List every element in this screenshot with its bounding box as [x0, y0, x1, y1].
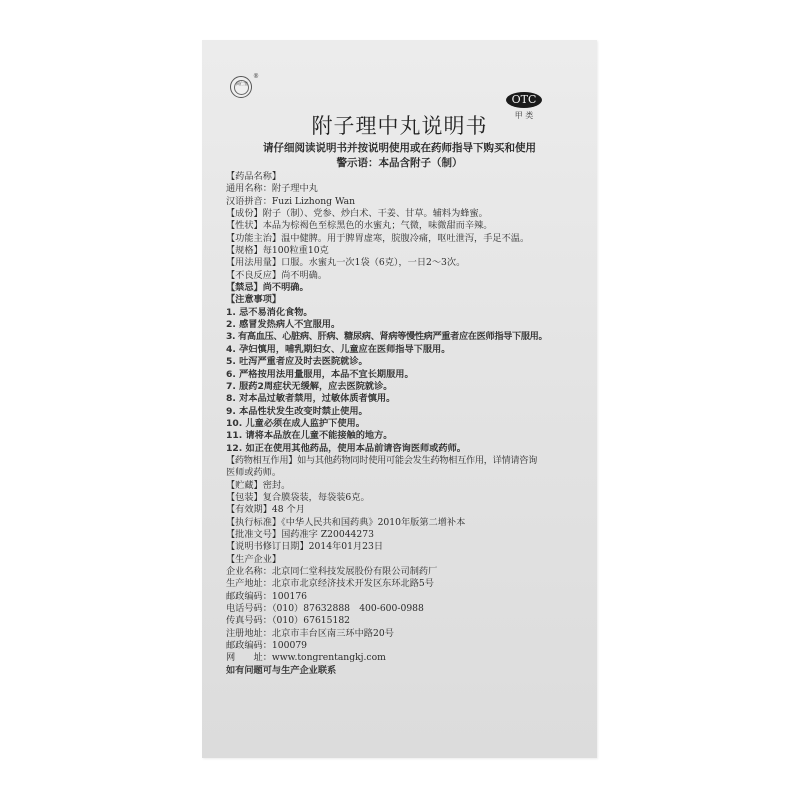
section-revision-date: 【说明书修订日期】2014年01月23日	[226, 541, 586, 553]
generic-name: 通用名称：附子理中丸	[226, 183, 586, 195]
otc-badge: OTC	[506, 92, 542, 108]
precaution-item: 3. 有高血压、心脏病、肝病、糖尿病、肾病等慢性病严重者应在医师指导下服用。	[226, 331, 586, 343]
registered-postcode: 邮政编码：100079	[226, 640, 586, 652]
instruction-leaflet: 同仁堂 ® OTC 甲 类 附子理中丸说明书 请仔细阅读说明书并按说明使用或在药…	[202, 40, 597, 758]
section-approval-number: 【批准文号】国药准字 Z20044273	[226, 529, 586, 541]
section-manufacturer-header: 【生产企业】	[226, 554, 586, 566]
precaution-item: 11. 请将本品放在儿童不能接触的地方。	[226, 430, 586, 442]
manufacturer-fax: 传真号码：（010）67615182	[226, 615, 586, 627]
registered-mark: ®	[253, 73, 259, 80]
section-indications: 【功能主治】温中健脾。用于脾胃虚寒，脘腹冷痛，呕吐泄泻，手足不温。	[226, 233, 586, 245]
registered-address: 注册地址：北京市丰台区南三环中路20号	[226, 628, 586, 640]
section-interactions: 【药物相互作用】如与其他药物同时使用可能会发生药物相互作用，详情请咨询	[226, 455, 586, 467]
contact-footer: 如有问题可与生产企业联系	[226, 665, 586, 677]
section-standard: 【执行标准】《中华人民共和国药典》2010年版第二增补本	[226, 517, 586, 529]
manufacturer-address: 生产地址：北京市北京经济技术开发区东环北路5号	[226, 578, 586, 590]
leaflet-body: 【药品名称】 通用名称：附子理中丸 汉语拼音：Fuzi Lizhong Wan …	[226, 171, 586, 677]
manufacturer-phone: 电话号码：（010）87632888 400-600-0988	[226, 603, 586, 615]
usage-notice: 请仔细阅读说明书并按说明使用或在药师指导下购买和使用	[202, 140, 597, 155]
section-interactions-continued: 医师或药师。	[226, 467, 586, 479]
precaution-item: 8. 对本品过敏者禁用，过敏体质者慎用。	[226, 393, 586, 405]
precaution-item: 5. 吐泻严重者应及时去医院就诊。	[226, 356, 586, 368]
section-validity: 【有效期】48 个月	[226, 504, 586, 516]
precaution-item: 2. 感冒发热病人不宜服用。	[226, 319, 586, 331]
warning-statement: 警示语：本品含附子（制）	[202, 155, 597, 170]
precaution-item: 10. 儿童必须在成人监护下使用。	[226, 418, 586, 430]
section-ingredients: 【成份】附子（制）、党参、炒白术、干姜、甘草。辅料为蜂蜜。	[226, 208, 586, 220]
section-description: 【性状】本品为棕褐色至棕黑色的水蜜丸；气微，味微甜而辛辣。	[226, 220, 586, 232]
precaution-item: 4. 孕妇慎用，哺乳期妇女、儿童应在医师指导下服用。	[226, 344, 586, 356]
section-dosage: 【用法用量】口服。水蜜丸一次1袋（6克），一日2～3次。	[226, 257, 586, 269]
section-specification: 【规格】每100粒重10克	[226, 245, 586, 257]
manufacturer-website: 网 址：www.tongrentangkj.com	[226, 652, 586, 664]
brand-logo-icon: 同仁堂 ®	[230, 76, 252, 98]
logo-glyph: 同仁堂	[236, 81, 248, 86]
precaution-item: 9. 本品性状发生改变时禁止使用。	[226, 406, 586, 418]
pinyin-name: 汉语拼音：Fuzi Lizhong Wan	[226, 196, 586, 208]
section-adverse-reactions: 【不良反应】尚不明确。	[226, 270, 586, 282]
precaution-item: 12. 如正在使用其他药品，使用本品前请咨询医师或药师。	[226, 443, 586, 455]
section-drug-name: 【药品名称】	[226, 171, 586, 183]
document-title: 附子理中丸说明书	[202, 110, 597, 140]
section-storage: 【贮藏】密封。	[226, 480, 586, 492]
manufacturer-postcode: 邮政编码：100176	[226, 591, 586, 603]
precaution-item: 6. 严格按用法用量服用，本品不宜长期服用。	[226, 369, 586, 381]
manufacturer-company: 企业名称：北京同仁堂科技发展股份有限公司制药厂	[226, 566, 586, 578]
section-packaging: 【包装】复合膜袋装，每袋装6克。	[226, 492, 586, 504]
section-contraindications: 【禁忌】尚不明确。	[226, 282, 586, 294]
precaution-item: 1. 忌不易消化食物。	[226, 307, 586, 319]
section-precautions-header: 【注意事项】	[226, 294, 586, 306]
precaution-item: 7. 服药2周症状无缓解，应去医院就诊。	[226, 381, 586, 393]
